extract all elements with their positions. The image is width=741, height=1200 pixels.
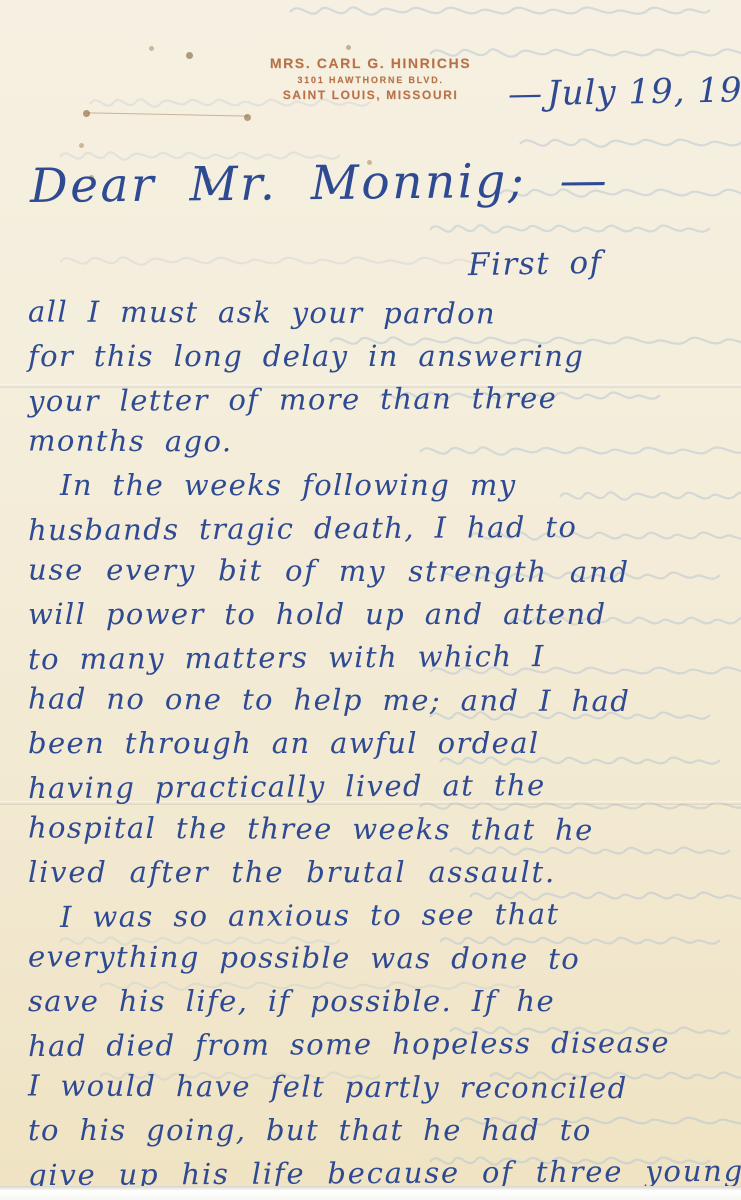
handwritten-line: give up his life because of three young [28, 1150, 731, 1186]
handwritten-line: will power to hold up and attend [28, 593, 731, 636]
date-flourish: — [508, 74, 544, 115]
letter-body: all I must ask your pardon for this long… [28, 292, 731, 1186]
handwritten-line: I was so anxious to see that [28, 892, 731, 939]
salutation: Dear Mr. Monnig; — [30, 153, 610, 214]
handwritten-line: all I must ask your pardon [28, 290, 731, 336]
paper-scratch [88, 112, 248, 116]
handwritten-line: save his life, if possible. If he [28, 980, 731, 1023]
scanned-letter: MRS. CARL G. HINRICHS 3101 HAWTHORNE BLV… [0, 0, 741, 1200]
handwritten-line: been through an awful ordeal [28, 722, 731, 765]
handwritten-line: lived after the brutal assault. [28, 851, 731, 894]
letter-paper: MRS. CARL G. HINRICHS 3101 HAWTHORNE BLV… [0, 0, 741, 1186]
handwritten-line: In the weeks following my [28, 464, 731, 507]
handwritten-line: to many matters with which I [28, 634, 731, 681]
handwritten-line: I would have felt partly reconciled [28, 1064, 731, 1110]
opening-phrase: First of [468, 245, 603, 283]
letterhead-name: MRS. CARL G. HINRICHS [0, 55, 741, 71]
handwritten-line: to his going, but that he had to [28, 1109, 731, 1152]
handwritten-line: your letter of more than three [28, 376, 731, 423]
handwritten-line: everything possible was done to [28, 935, 731, 981]
paper-specks [0, 0, 3, 3]
handwritten-line: months ago. [28, 419, 731, 465]
handwritten-line: hospital the three weeks that he [28, 806, 731, 852]
date-line: —July 19, 1955 [508, 70, 741, 115]
handwritten-line: use every bit of my strength and [28, 548, 731, 594]
date-text: July 19, 1955 [547, 70, 741, 114]
handwritten-line: for this long delay in answering [28, 335, 731, 378]
handwritten-line: husbands tragic death, I had to [28, 505, 731, 552]
handwritten-line: had no one to help me; and I had [28, 677, 731, 723]
handwritten-line: had died from some hopeless disease [28, 1021, 731, 1068]
handwritten-line: having practically lived at the [28, 763, 731, 810]
scan-edge-bottom [0, 1186, 741, 1200]
